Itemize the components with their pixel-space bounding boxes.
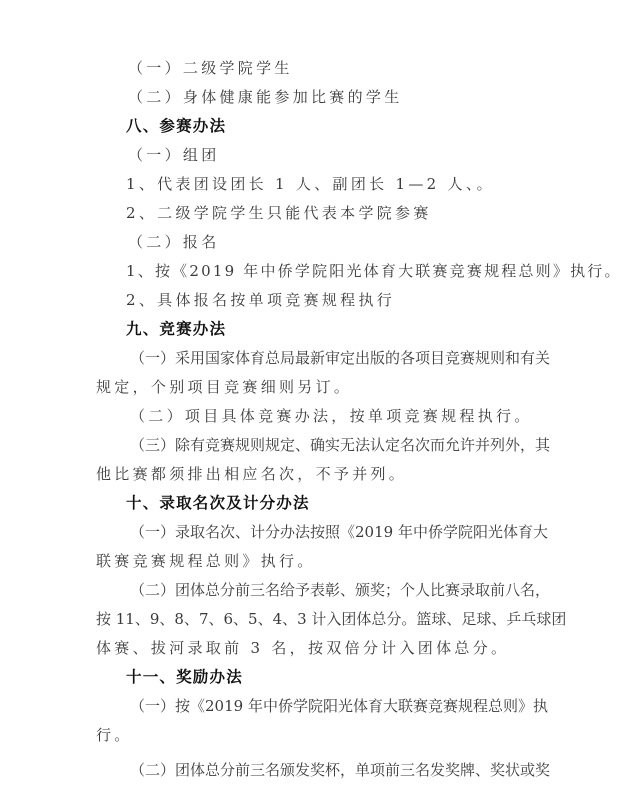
scoring-rule-1-line-2: 联赛竞赛规程总则》执行。 xyxy=(96,551,316,571)
award-rule-2-line-1: （二）团体总分前三名颁发奖杯，单项前三名发奖牌、奖状或奖 xyxy=(130,760,541,780)
scoring-rule-2-line-3: 体赛、拔河录取前 3 名，按双倍分计入团体总分。 xyxy=(96,638,509,658)
section-heading-11: 十一、奖励办法 xyxy=(126,667,243,687)
subsection-team: （一）组团 xyxy=(128,145,220,165)
team-rule-1: 1、代表团设团长 1 人、副团长 1—2 人、。 xyxy=(126,174,495,194)
scoring-rule-2-line-2: 按 11、9、8、7、6、5、4、3 计入团体总分。篮球、足球、乒乓球团 xyxy=(96,609,541,629)
competition-rule-3-line-2: 他比赛都须排出相应名次，不予并列。 xyxy=(96,464,407,484)
team-rule-2: 2、二级学院学生只能代表本学院参赛 xyxy=(126,203,432,223)
registration-rule-1: 1、按《2019 年中侨学院阳光体育大联赛竞赛规程总则》执行。 xyxy=(126,261,622,281)
eligibility-item-1: （一）二级学院学生 xyxy=(128,58,293,78)
registration-rule-2: 2、具体报名按单项竞赛规程执行 xyxy=(126,290,395,310)
award-rule-1-line-1: （一）按《2019 年中侨学院阳光体育大联赛竞赛规程总则》执 xyxy=(130,696,541,716)
scoring-rule-2-line-1: （二）团体总分前三名给予表彰、颁奖；个人比赛录取前八名， xyxy=(130,580,541,600)
competition-rule-2: （二）项目具体竞赛办法，按单项竞赛规程执行。 xyxy=(130,406,533,426)
scoring-rule-1-line-1: （一）录取名次、计分办法按照《2019 年中侨学院阳光体育大 xyxy=(130,522,541,542)
award-rule-1-line-2: 行。 xyxy=(96,725,133,745)
competition-rule-1-line-2: 规定，个别项目竞赛细则另订。 xyxy=(96,377,352,397)
competition-rule-1-line-1: （一）采用国家体育总局最新审定出版的各项目竞赛规则和有关 xyxy=(130,348,541,368)
section-heading-10: 十、录取名次及计分办法 xyxy=(126,493,310,513)
eligibility-item-2: （二）身体健康能参加比赛的学生 xyxy=(128,87,403,107)
section-heading-9: 九、竞赛办法 xyxy=(126,319,226,339)
document-page: （一）二级学院学生 （二）身体健康能参加比赛的学生 八、参赛办法 （一）组团 1… xyxy=(0,0,639,792)
subsection-registration: （二）报名 xyxy=(128,232,220,252)
competition-rule-3-line-1: （三）除有竞赛规则规定、确实无法认定名次而允许并列外，其 xyxy=(130,435,541,455)
section-heading-8: 八、参赛办法 xyxy=(126,116,226,136)
